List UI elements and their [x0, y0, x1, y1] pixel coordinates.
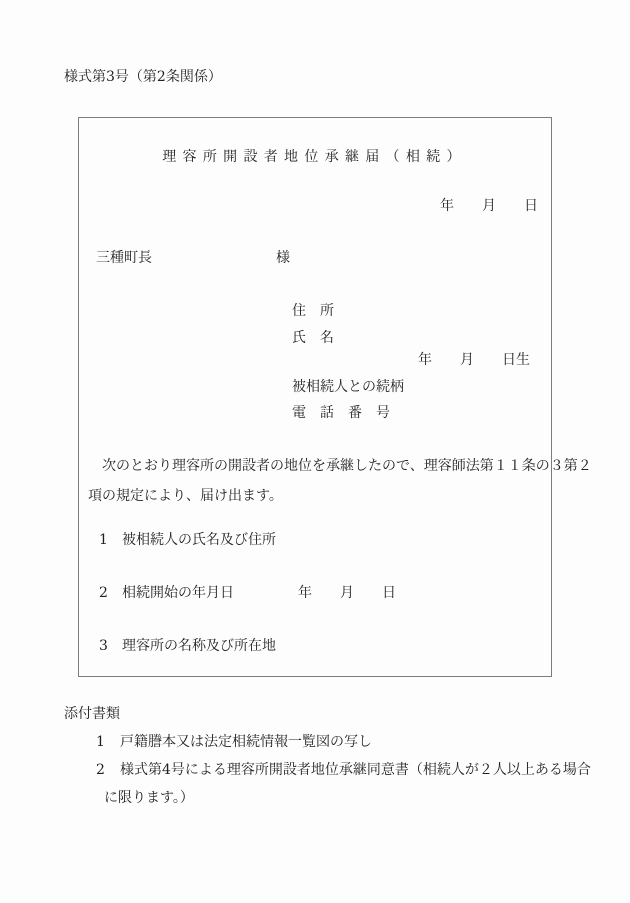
address-label: 住 所 [292, 302, 334, 320]
attachments-heading: 添付書類 [64, 705, 120, 723]
item-1-label: 被相続人の氏名及び住所 [122, 531, 276, 549]
phone-label: 電 話 番 号 [292, 404, 390, 422]
attachment-2-number: 2 [96, 761, 105, 779]
name-label: 氏 名 [292, 329, 334, 347]
addressee-honorific: 様 [276, 249, 290, 267]
item-2-label: 相続開始の年月日 [122, 584, 234, 602]
form-number-heading: 様式第3号（第2条関係） [64, 68, 222, 86]
item-3-label: 理容所の名称及び所在地 [122, 637, 276, 655]
submission-date-line: 年 月 日 [440, 197, 538, 215]
item-3-number: 3 [99, 637, 108, 655]
attachment-1-number: 1 [96, 733, 105, 751]
document-title: 理容所開設者地位承継届（相続） [78, 146, 551, 166]
item-2-date-line: 年 月 日 [298, 584, 396, 602]
document-page: 様式第3号（第2条関係） 理容所開設者地位承継届（相続） 年 月 日 三種町長 … [0, 0, 630, 903]
relation-label: 被相続人との続柄 [292, 378, 404, 396]
attachment-2-text-continuation: に限ります。） [104, 789, 194, 807]
birthdate-line: 年 月 日生 [418, 351, 530, 369]
attachment-1-text: 戸籍謄本又は法定相続情報一覧図の写し [120, 733, 372, 751]
body-paragraph-line1: 次のとおり理容所の開設者の地位を承継したので、理容師法第１１条の３第２ [88, 457, 592, 475]
body-paragraph-line2: 項の規定により、届け出ます。 [88, 487, 283, 505]
attachment-2-text: 様式第4号による理容所開設者地位承継同意書（相続人が２人以上ある場合 [120, 761, 591, 779]
addressee-name: 三種町長 [96, 249, 152, 267]
item-2-number: 2 [99, 584, 108, 602]
item-1-number: 1 [99, 531, 108, 549]
